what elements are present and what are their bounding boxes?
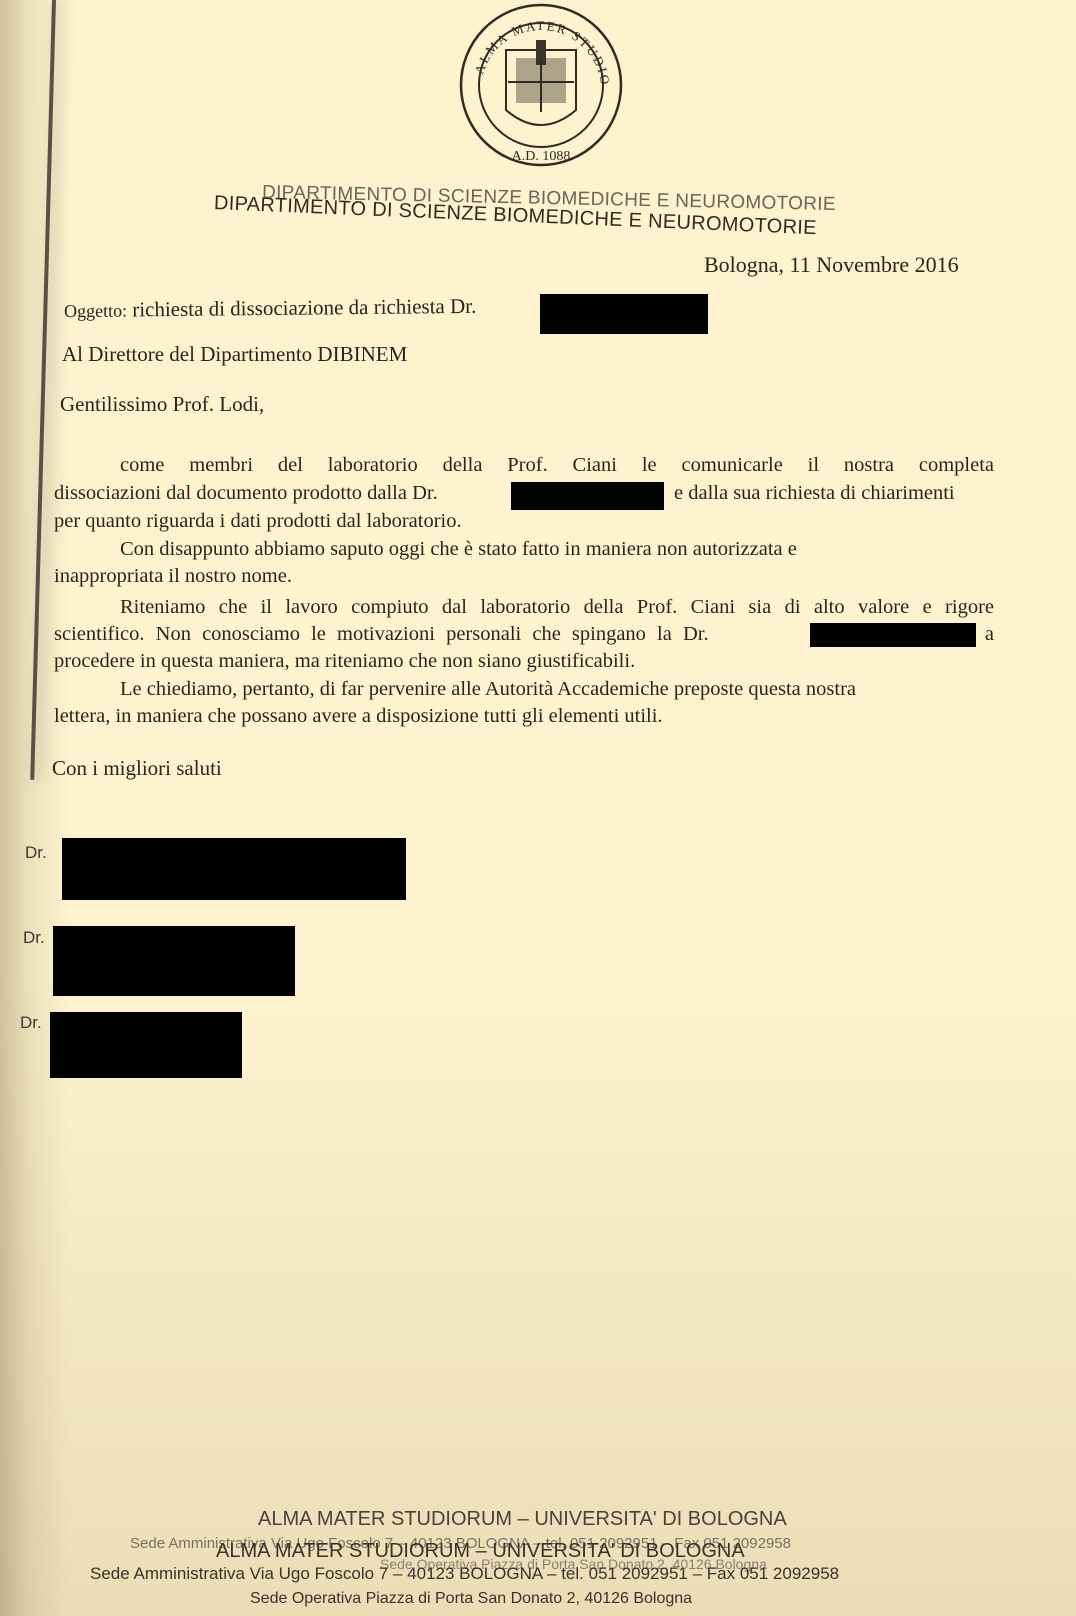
- page-fold-shadow: [30, 0, 56, 780]
- university-seal-icon: A.D. 1088 ALMA MATER STUDIORUM: [456, 0, 626, 178]
- paragraph-1-line-2-a: dissociazioni dal documento prodotto dal…: [54, 482, 438, 504]
- paragraph-3-line-1: Riteniamo che il lavoro compiuto dal lab…: [120, 594, 994, 621]
- salutation: Gentilissimo Prof. Lodi,: [60, 392, 264, 417]
- subject-line: Oggetto: richiesta di dissociazione da r…: [64, 294, 477, 323]
- subject-text: richiesta di dissociazione da richiesta …: [132, 294, 476, 322]
- recipient: Al Direttore del Dipartimento DIBINEM: [62, 342, 407, 367]
- paragraph-3-line-2-a: scientifico. Non conosciamo le motivazio…: [54, 623, 709, 645]
- paragraph-1-line-3: per quanto riguarda i dati prodotti dal …: [54, 508, 462, 535]
- svg-text:A.D. 1088: A.D. 1088: [512, 149, 571, 164]
- subject-label: Oggetto:: [64, 300, 127, 321]
- paragraph-4-line-2: lettera, in maniera che possano avere a …: [54, 703, 663, 730]
- paragraph-1-line-2-b: e dalla sua richiesta di chiarimenti: [674, 480, 955, 507]
- paragraph-2-line-2: inappropriata il nostro nome.: [54, 563, 292, 590]
- redaction-box: [511, 482, 664, 510]
- signatory-3-label: Dr.: [20, 1013, 42, 1033]
- paragraph-3-line-2-b: a: [985, 621, 994, 648]
- closing: Con i migliori saluti: [52, 756, 222, 781]
- signatory-3-redaction: [50, 1012, 242, 1078]
- signatory-1-redaction: [62, 838, 406, 900]
- signatory-2-redaction: [53, 926, 295, 996]
- paragraph-1-line-1: come membri del laboratorio della Prof. …: [120, 452, 994, 479]
- letter-date: Bologna, 11 Novembre 2016: [704, 252, 959, 278]
- paragraph-4-line-1: Le chiediamo, pertanto, di far pervenire…: [120, 676, 856, 703]
- footer-admin-address: Sede Amministrativa Via Ugo Foscolo 7 – …: [90, 1564, 839, 1584]
- footer-operative-address: Sede Operativa Piazza di Porta San Donat…: [250, 1590, 692, 1608]
- paragraph-3-line-3: procedere in questa maniera, ma riteniam…: [54, 648, 635, 675]
- footer-institution: ALMA MATER STUDIORUM – UNIVERSITA' DI BO…: [258, 1508, 787, 1531]
- signatory-2-label: Dr.: [23, 928, 45, 948]
- signatory-1-label: Dr.: [25, 843, 47, 863]
- paragraph-2-line-1: Con disappunto abbiamo saputo oggi che è…: [120, 536, 797, 563]
- redaction-box: [540, 294, 708, 334]
- redaction-box: [810, 623, 976, 647]
